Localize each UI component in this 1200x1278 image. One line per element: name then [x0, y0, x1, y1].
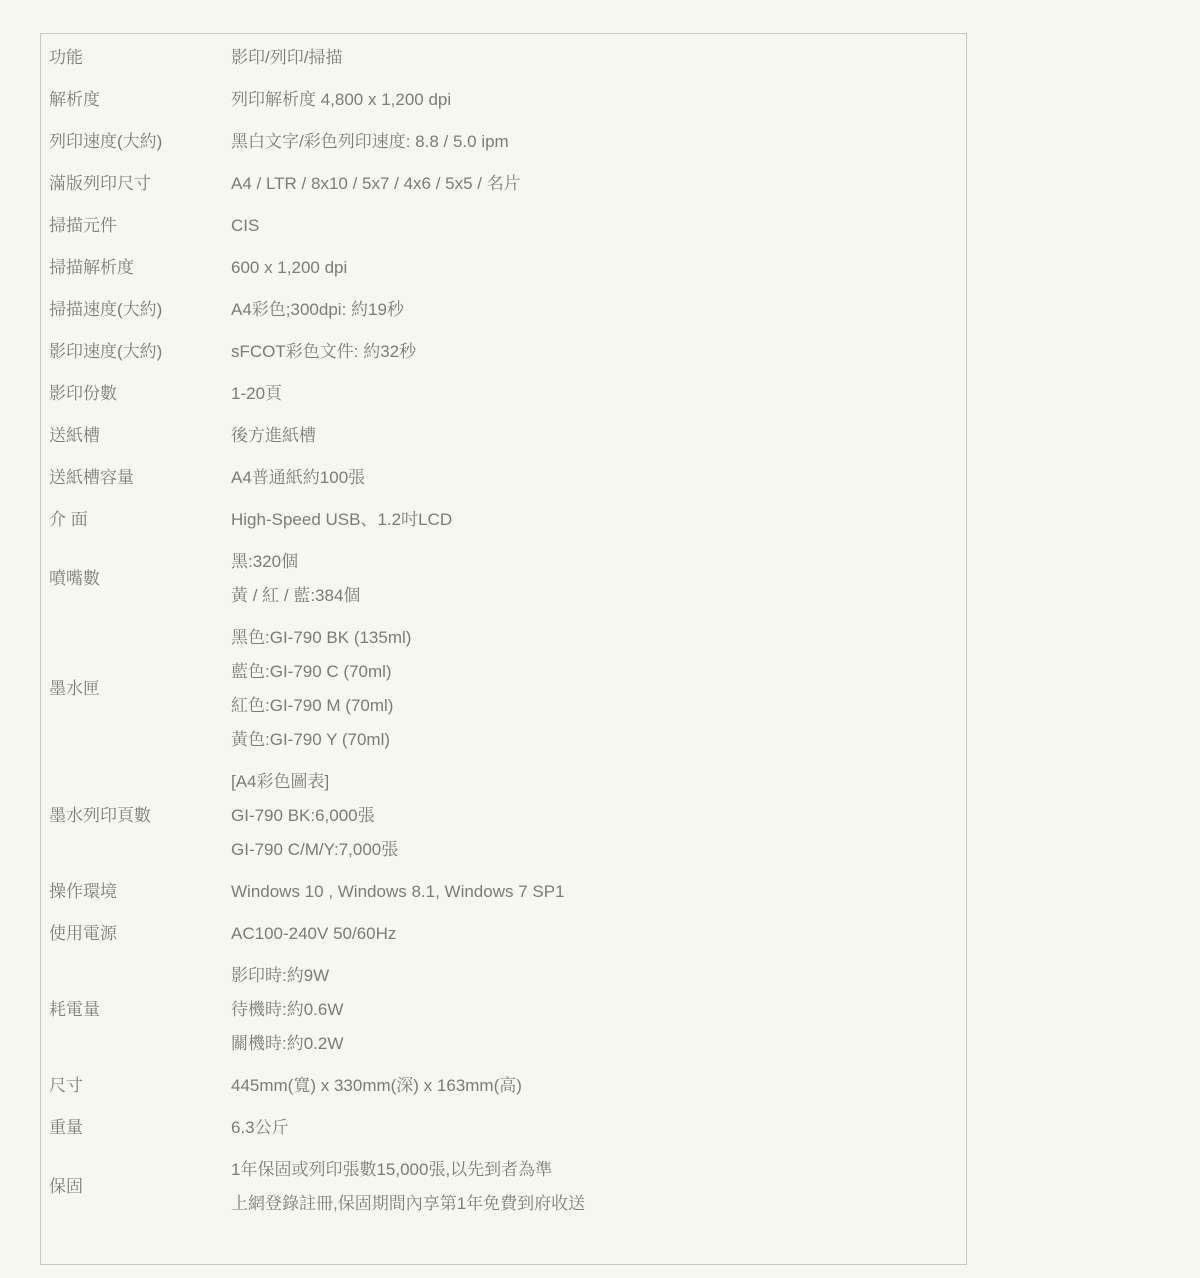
- spec-value: A4彩色;300dpi: 約19秒: [231, 293, 966, 327]
- spec-value-line: GI-790 BK:6,000張: [231, 799, 966, 833]
- spec-label: 墨水列印頁數: [41, 765, 231, 867]
- spec-label: 尺寸: [41, 1069, 231, 1103]
- spec-value: 影印/列印/掃描: [231, 41, 966, 75]
- spec-value-line: 上網登錄註冊,保固期間內享第1年免費到府收送: [231, 1187, 966, 1221]
- spec-row: 影印速度(大約) sFCOT彩色文件: 約32秒: [41, 331, 966, 373]
- spec-row: 解析度 列印解析度 4,800 x 1,200 dpi: [41, 79, 966, 121]
- spec-label: 耗電量: [41, 959, 231, 1061]
- spec-label: 送紙槽: [41, 419, 231, 453]
- spec-value-line: 1-20頁: [231, 377, 966, 411]
- spec-value: 1-20頁: [231, 377, 966, 411]
- spec-value-line: 紅色:GI-790 M (70ml): [231, 689, 966, 723]
- spec-value-line: 黑色:GI-790 BK (135ml): [231, 621, 966, 655]
- spec-value-line: [A4彩色圖表]: [231, 765, 966, 799]
- spec-label: 掃描元件: [41, 209, 231, 243]
- spec-value-line: High-Speed USB、1.2吋LCD: [231, 503, 966, 537]
- spec-value: 後方進紙槽: [231, 419, 966, 453]
- spec-label: 保固: [41, 1153, 231, 1221]
- spec-row: 掃描解析度 600 x 1,200 dpi: [41, 247, 966, 289]
- spec-value: Windows 10 , Windows 8.1, Windows 7 SP1: [231, 875, 966, 909]
- spec-row: 重量 6.3公斤: [41, 1107, 966, 1149]
- spec-row: 保固 1年保固或列印張數15,000張,以先到者為準上網登錄註冊,保固期間內享第…: [41, 1149, 966, 1225]
- spec-value: 列印解析度 4,800 x 1,200 dpi: [231, 83, 966, 117]
- spec-row: 操作環境 Windows 10 , Windows 8.1, Windows 7…: [41, 871, 966, 913]
- spec-value-line: CIS: [231, 209, 966, 243]
- spec-label: 解析度: [41, 83, 231, 117]
- spec-row: 送紙槽 後方進紙槽: [41, 415, 966, 457]
- spec-value: 1年保固或列印張數15,000張,以先到者為準上網登錄註冊,保固期間內享第1年免…: [231, 1153, 966, 1221]
- spec-value: High-Speed USB、1.2吋LCD: [231, 503, 966, 537]
- spec-label: 介 面: [41, 503, 231, 537]
- spec-value: 黑白文字/彩色列印速度: 8.8 / 5.0 ipm: [231, 125, 966, 159]
- spec-value: 黑:320個黃 / 紅 / 藍:384個: [231, 545, 966, 613]
- spec-row: 尺寸 445mm(寬) x 330mm(深) x 163mm(高): [41, 1065, 966, 1107]
- spec-value-line: 1年保固或列印張數15,000張,以先到者為準: [231, 1153, 966, 1187]
- spec-table: 功能 影印/列印/掃描 解析度 列印解析度 4,800 x 1,200 dpi …: [40, 33, 967, 1265]
- spec-label: 操作環境: [41, 875, 231, 909]
- spec-value: 445mm(寬) x 330mm(深) x 163mm(高): [231, 1069, 966, 1103]
- spec-value-line: A4普通紙約100張: [231, 461, 966, 495]
- spec-label: 掃描解析度: [41, 251, 231, 285]
- spec-value: AC100-240V 50/60Hz: [231, 917, 966, 951]
- spec-value-line: 藍色:GI-790 C (70ml): [231, 655, 966, 689]
- spec-value-line: 關機時:約0.2W: [231, 1027, 966, 1061]
- spec-value-line: 黑白文字/彩色列印速度: 8.8 / 5.0 ipm: [231, 125, 966, 159]
- spec-row: 墨水匣 黑色:GI-790 BK (135ml)藍色:GI-790 C (70m…: [41, 617, 966, 761]
- spec-row: 耗電量 影印時:約9W待機時:約0.6W關機時:約0.2W: [41, 955, 966, 1065]
- spec-value: 影印時:約9W待機時:約0.6W關機時:約0.2W: [231, 959, 966, 1061]
- spec-row: 列印速度(大約) 黑白文字/彩色列印速度: 8.8 / 5.0 ipm: [41, 121, 966, 163]
- spec-label: 掃描速度(大約): [41, 293, 231, 327]
- spec-row: 墨水列印頁數 [A4彩色圖表]GI-790 BK:6,000張GI-790 C/…: [41, 761, 966, 871]
- spec-label: 影印份數: [41, 377, 231, 411]
- spec-value: 6.3公斤: [231, 1111, 966, 1145]
- spec-value-line: 影印時:約9W: [231, 959, 966, 993]
- spec-value-line: A4彩色;300dpi: 約19秒: [231, 293, 966, 327]
- spec-value: CIS: [231, 209, 966, 243]
- spec-value-line: sFCOT彩色文件: 約32秒: [231, 335, 966, 369]
- spec-value-line: 列印解析度 4,800 x 1,200 dpi: [231, 83, 966, 117]
- spec-label: 滿版列印尺寸: [41, 167, 231, 201]
- spec-value-line: 黃 / 紅 / 藍:384個: [231, 579, 966, 613]
- spec-label: 重量: [41, 1111, 231, 1145]
- spec-row: 掃描速度(大約) A4彩色;300dpi: 約19秒: [41, 289, 966, 331]
- spec-row: 介 面 High-Speed USB、1.2吋LCD: [41, 499, 966, 541]
- spec-row: 掃描元件 CIS: [41, 205, 966, 247]
- spec-value: [A4彩色圖表]GI-790 BK:6,000張GI-790 C/M/Y:7,0…: [231, 765, 966, 867]
- spec-row: 滿版列印尺寸 A4 / LTR / 8x10 / 5x7 / 4x6 / 5x5…: [41, 163, 966, 205]
- spec-value-line: GI-790 C/M/Y:7,000張: [231, 833, 966, 867]
- spec-value: 600 x 1,200 dpi: [231, 251, 966, 285]
- spec-value-line: 影印/列印/掃描: [231, 41, 966, 75]
- spec-row: 功能 影印/列印/掃描: [41, 37, 966, 79]
- spec-value-line: A4 / LTR / 8x10 / 5x7 / 4x6 / 5x5 / 名片: [231, 167, 966, 201]
- spec-label: 使用電源: [41, 917, 231, 951]
- spec-value-line: 黃色:GI-790 Y (70ml): [231, 723, 966, 757]
- spec-value: 黑色:GI-790 BK (135ml)藍色:GI-790 C (70ml)紅色…: [231, 621, 966, 757]
- spec-label: 送紙槽容量: [41, 461, 231, 495]
- spec-value-line: 6.3公斤: [231, 1111, 966, 1145]
- spec-value-line: 黑:320個: [231, 545, 966, 579]
- spec-value: A4普通紙約100張: [231, 461, 966, 495]
- spec-row: 送紙槽容量 A4普通紙約100張: [41, 457, 966, 499]
- spec-label: 列印速度(大約): [41, 125, 231, 159]
- spec-value-line: 待機時:約0.6W: [231, 993, 966, 1027]
- spec-label: 影印速度(大約): [41, 335, 231, 369]
- spec-row: 影印份數 1-20頁: [41, 373, 966, 415]
- spec-value-line: 後方進紙槽: [231, 419, 966, 453]
- spec-label: 墨水匣: [41, 621, 231, 757]
- spec-value: A4 / LTR / 8x10 / 5x7 / 4x6 / 5x5 / 名片: [231, 167, 966, 201]
- spec-value-line: Windows 10 , Windows 8.1, Windows 7 SP1: [231, 875, 966, 909]
- spec-row: 使用電源 AC100-240V 50/60Hz: [41, 913, 966, 955]
- spec-label: 噴嘴數: [41, 545, 231, 613]
- spec-value-line: AC100-240V 50/60Hz: [231, 917, 966, 951]
- spec-label: 功能: [41, 41, 231, 75]
- spec-value-line: 600 x 1,200 dpi: [231, 251, 966, 285]
- spec-value: sFCOT彩色文件: 約32秒: [231, 335, 966, 369]
- spec-row: 噴嘴數 黑:320個黃 / 紅 / 藍:384個: [41, 541, 966, 617]
- spec-value-line: 445mm(寬) x 330mm(深) x 163mm(高): [231, 1069, 966, 1103]
